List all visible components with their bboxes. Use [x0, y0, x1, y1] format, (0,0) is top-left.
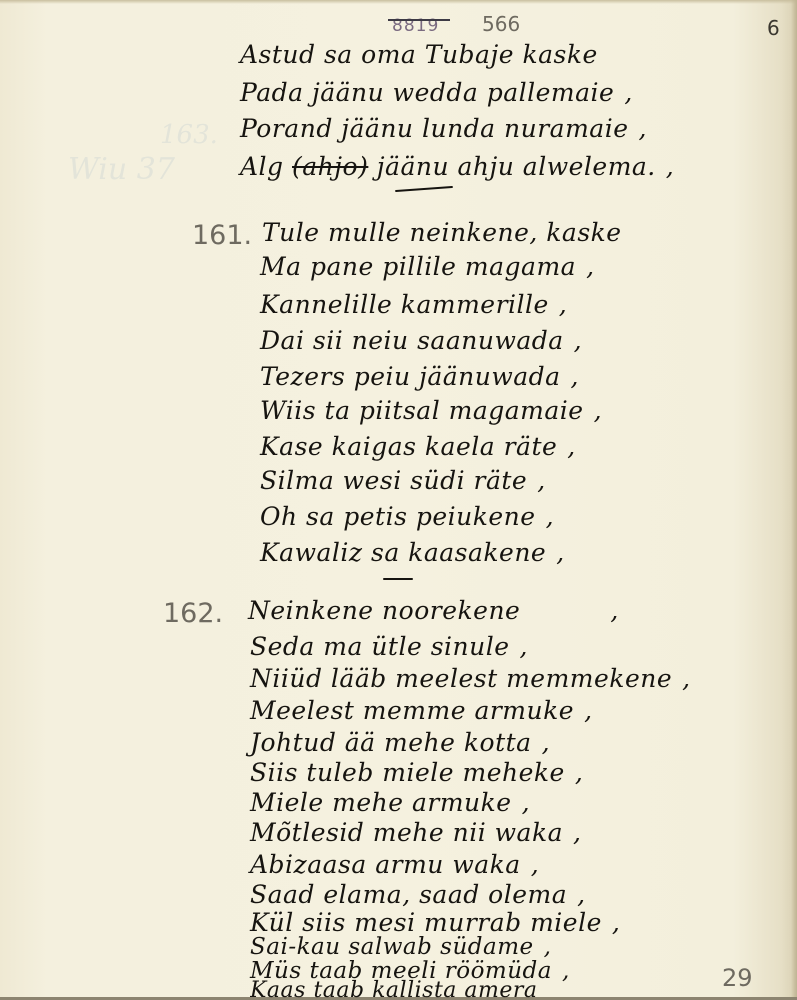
verse-line: Niiüd lääb meelest memmekene, — [250, 664, 691, 693]
line-text: Alg — [240, 152, 284, 181]
verse-line: Kase kaigas kaela räte, — [260, 432, 576, 461]
ditto-mark: , — [610, 596, 618, 625]
verse-line: Sai-kau salwab südame, — [250, 934, 551, 960]
line-text: Johtud ää mehe kotta — [250, 728, 532, 757]
verse-line: Johtud ää mehe kotta, — [250, 728, 550, 757]
line-text: Neinkene noorekene — [248, 596, 520, 625]
ditto-mark: , — [544, 934, 552, 960]
verse-line: Kül siis mesi murrab miele, — [250, 908, 620, 937]
struck-word: (ahjo) — [292, 152, 368, 181]
line-text-rest: jäänu ahju alwelema. — [377, 152, 656, 181]
ditto-mark: , — [542, 728, 550, 757]
verse-line: Mõtlesid mehe nii waka, — [250, 818, 581, 847]
page-top-edge — [0, 0, 797, 4]
line-text: Astud sa oma Tubaje kaske — [240, 40, 598, 69]
line-text: Ma pane pillile magama — [260, 252, 576, 281]
line-text: Oh sa petis peiukene — [260, 502, 536, 531]
verse-line: Porand jäänu lunda nuramaie, — [240, 114, 647, 143]
ditto-mark: , — [537, 466, 545, 495]
line-text: Tule mulle neinkene, kaske — [262, 218, 622, 247]
verse-line: Oh sa petis peiukene, — [260, 502, 554, 531]
ditto-mark: , — [594, 396, 602, 425]
verse-line: Silma wesi südi räte, — [260, 466, 546, 495]
line-text: Abizaasa armu waka — [250, 850, 521, 879]
line-text: Niiüd lääb meelest memmekene — [250, 664, 672, 693]
verse-line: Tule mulle neinkene, kaske — [262, 218, 622, 247]
line-text: Seda ma ütle sinule — [250, 632, 510, 661]
ditto-mark: , — [520, 632, 528, 661]
line-text: Silma wesi südi räte — [260, 466, 527, 495]
ditto-mark: , — [575, 758, 583, 787]
line-text: Kawaliz sa kaasakene — [260, 538, 546, 567]
manuscript-page: 163. Wiu 37 8819 566 6 Astud sa oma Tuba… — [0, 0, 797, 1000]
verse-line: Neinkene noorekene, — [248, 596, 619, 625]
archive-number: 566 — [482, 12, 520, 36]
song-number-161: 161. — [192, 220, 252, 251]
ditto-mark: , — [584, 696, 592, 725]
line-text: Kase kaigas kaela räte — [260, 432, 557, 461]
ditto-mark: , — [562, 958, 570, 984]
verse-line: Miele mehe armuke, — [250, 788, 530, 817]
ditto-mark: , — [567, 432, 575, 461]
verse-line: Kannelille kammerille, — [260, 290, 567, 319]
ditto-mark: , — [522, 788, 530, 817]
verse-line: Seda ma ütle sinule, — [250, 632, 528, 661]
ditto-mark: , — [574, 326, 582, 355]
folio-number: 29 — [722, 964, 753, 992]
verse-line: Astud sa oma Tubaje kaske — [240, 40, 598, 69]
stanza-divider — [395, 186, 453, 192]
verse-line: Dai sii neiu saanuwada, — [260, 326, 582, 355]
ditto-mark: , — [577, 880, 585, 909]
verse-line: Siis tuleb miele meheke, — [250, 758, 583, 787]
verse-line: Kawaliz sa kaasakene, — [260, 538, 565, 567]
bleedthrough-number: 163. — [160, 120, 218, 150]
song-divider — [383, 578, 413, 580]
line-text: Dai sii neiu saanuwada — [260, 326, 564, 355]
line-text: Meelest memme armuke — [250, 696, 574, 725]
struck-archive-stamp: 8819 — [392, 16, 439, 36]
page-right-edge — [791, 0, 797, 1000]
ditto-mark: , — [559, 290, 567, 319]
ditto-mark: , — [546, 502, 554, 531]
ditto-mark: , — [666, 152, 674, 181]
verse-line: Ma pane pillile magama, — [260, 252, 595, 281]
ditto-mark: , — [556, 538, 564, 567]
line-text: Sai-kau salwab südame — [250, 934, 534, 960]
verse-line: Meelest memme armuke, — [250, 696, 593, 725]
verse-line: Wiis ta piitsal magamaie, — [260, 396, 602, 425]
line-text: Siis tuleb miele meheke — [250, 758, 565, 787]
line-text: Mõtlesid mehe nii waka — [250, 818, 563, 847]
verse-line: Kaas taab kallista amera — [250, 978, 538, 1000]
ditto-mark: , — [639, 114, 647, 143]
verse-line: Pada jäänu wedda pallemaie, — [240, 78, 633, 107]
verse-line: Saad elama, saad olema, — [250, 880, 586, 909]
line-text: Wiis ta piitsal magamaie — [260, 396, 584, 425]
ditto-mark: , — [573, 818, 581, 847]
song-number-162: 162. — [163, 598, 223, 629]
ditto-mark: , — [586, 252, 594, 281]
line-text: Tezers peiu jäänuwada — [260, 362, 561, 391]
line-text: Porand jäänu lunda nuramaie — [240, 114, 629, 143]
line-text: Kannelille kammerille — [260, 290, 549, 319]
verse-line: Alg (ahjo) jäänu ahju alwelema., — [240, 152, 674, 181]
line-text: Pada jäänu wedda pallemaie — [240, 78, 614, 107]
line-text: Miele mehe armuke — [250, 788, 512, 817]
line-text: Saad elama, saad olema — [250, 880, 567, 909]
ditto-mark: , — [624, 78, 632, 107]
line-text: Kül siis mesi murrab miele — [250, 908, 602, 937]
stamp-strikethrough — [388, 19, 450, 21]
ditto-mark: , — [571, 362, 579, 391]
ditto-mark: , — [682, 664, 690, 693]
verse-line: Tezers peiu jäänuwada, — [260, 362, 579, 391]
page-number: 6 — [767, 16, 780, 40]
ditto-mark: , — [612, 908, 620, 937]
verse-line: Abizaasa armu waka, — [250, 850, 539, 879]
line-text: Kaas taab kallista amera — [250, 978, 538, 1000]
bleedthrough-note: Wiu 37 — [68, 152, 175, 187]
ditto-mark: , — [531, 850, 539, 879]
